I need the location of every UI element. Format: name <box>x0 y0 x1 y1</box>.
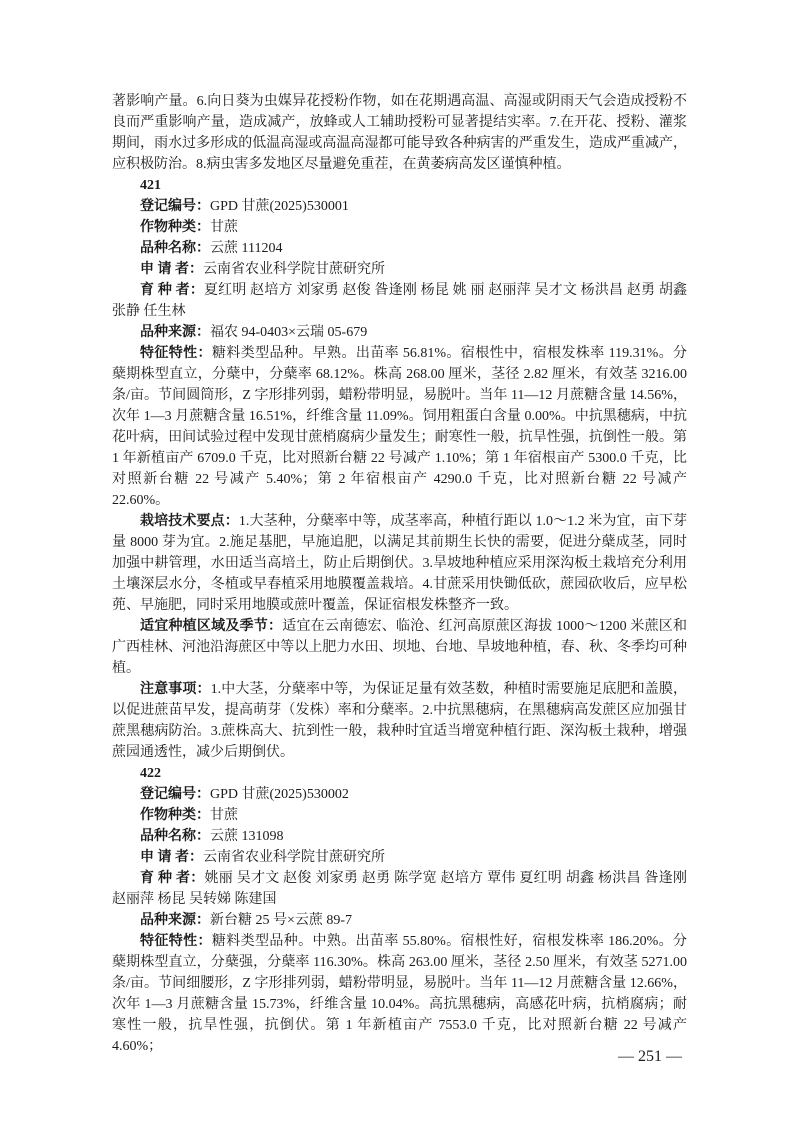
entry-422-field-applicant: 申 请 者：云南省农业科学院甘蔗研究所 <box>112 847 687 868</box>
entry-421-number: 421 <box>112 175 687 196</box>
entry-422-field-registration-id: 登记编号：GPD 甘蔗(2025)530002 <box>112 784 687 805</box>
entry-422-field-variety-name: 品种名称：云蔗 131098 <box>112 826 687 847</box>
entry-422-number: 422 <box>112 763 687 784</box>
field-label: 申 请 者： <box>140 850 203 865</box>
field-value: 云南省农业科学院甘蔗研究所 <box>203 850 385 865</box>
intro-continuation-text: 著影响产量。6.向日葵为虫媒异花授粉作物，如在花期遇高温、高湿或阴雨天气会造成授… <box>112 94 687 172</box>
field-value: 甘蔗 <box>210 220 238 235</box>
entry-421-field-variety-name: 品种名称：云蔗 111204 <box>112 238 687 259</box>
page-content: 著影响产量。6.向日葵为虫媒异花授粉作物，如在花期遇高温、高湿或阴雨天气会造成授… <box>112 91 687 1057</box>
field-value: 甘蔗 <box>210 808 238 823</box>
entry-422-field-variety-source: 品种来源：新台糖 25 号×云蔗 89-7 <box>112 910 687 931</box>
field-value: 新台糖 25 号×云蔗 89-7 <box>210 913 352 928</box>
entry-421-field-registration-id: 登记编号：GPD 甘蔗(2025)530001 <box>112 196 687 217</box>
entry-421-field-applicant: 申 请 者：云南省农业科学院甘蔗研究所 <box>112 259 687 280</box>
page-number: — 251 — <box>618 1047 682 1067</box>
section-label: 栽培技术要点： <box>140 514 239 529</box>
section-label: 特征特性： <box>140 934 212 949</box>
field-label: 登记编号： <box>140 787 210 802</box>
field-label: 登记编号： <box>140 199 210 214</box>
field-label: 育 种 者： <box>140 871 204 886</box>
entry-421-section-cultivation-points: 栽培技术要点：1.大茎种，分蘖率中等，成茎率高，种植行距以 1.0～1.2 米为… <box>112 511 687 616</box>
section-text: 糖料类型品种。早熟。出苗率 56.81%。宿根性中，宿根发株率 119.31%。… <box>112 346 687 508</box>
field-value: GPD 甘蔗(2025)530002 <box>210 787 349 802</box>
entry-421-section-precautions: 注意事项：1.中大茎，分蘖率中等，为保证足量有效茎数，种植时需要施足底肥和盖膜，… <box>112 679 687 763</box>
entry-422-field-crop-type: 作物种类：甘蔗 <box>112 805 687 826</box>
entry-421-section-characteristics: 特征特性：糖料类型品种。早熟。出苗率 56.81%。宿根性中，宿根发株率 119… <box>112 343 687 511</box>
field-label: 申 请 者： <box>140 262 203 277</box>
field-value: 云蔗 131098 <box>210 829 284 844</box>
section-label: 注意事项： <box>140 682 211 697</box>
field-value: 云南省农业科学院甘蔗研究所 <box>203 262 385 277</box>
field-value: 云蔗 111204 <box>210 241 282 256</box>
entry-421-section-suitable-regions: 适宜种植区域及季节：适宜在云南德宏、临沧、红河高原蔗区海拔 1000～1200 … <box>112 616 687 679</box>
field-label: 品种来源： <box>140 913 210 928</box>
field-label: 品种来源： <box>140 325 210 340</box>
field-label: 品种名称： <box>140 241 210 256</box>
field-label: 育 种 者： <box>140 283 204 298</box>
entry-422-section-characteristics: 特征特性：糖料类型品种。中熟。出苗率 55.80%。宿根性好，宿根发株率 186… <box>112 931 687 1057</box>
intro-continuation-paragraph: 著影响产量。6.向日葵为虫媒异花授粉作物，如在花期遇高温、高湿或阴雨天气会造成授… <box>112 91 687 175</box>
field-label: 作物种类： <box>140 220 210 235</box>
field-value: 福农 94-0403×云瑞 05-679 <box>210 325 367 340</box>
field-value: GPD 甘蔗(2025)530001 <box>210 199 349 214</box>
entry-421-field-breeders: 育 种 者：夏红明 赵培方 刘家勇 赵俊 昝逢刚 杨昆 姚 丽 赵丽萍 吴才文 … <box>112 280 687 322</box>
entry-number-text: 421 <box>140 178 161 193</box>
entry-number-text: 422 <box>140 766 161 781</box>
section-label: 特征特性： <box>140 346 212 361</box>
entry-421-field-crop-type: 作物种类：甘蔗 <box>112 217 687 238</box>
field-label: 作物种类： <box>140 808 210 823</box>
entry-422-field-breeders: 育 种 者：姚丽 吴才文 赵俊 刘家勇 赵勇 陈学宽 赵培方 覃伟 夏红明 胡鑫… <box>112 868 687 910</box>
field-label: 品种名称： <box>140 829 210 844</box>
section-text: 糖料类型品种。中熟。出苗率 55.80%。宿根性好，宿根发株率 186.20%。… <box>112 934 687 1054</box>
entry-421-field-variety-source: 品种来源：福农 94-0403×云瑞 05-679 <box>112 322 687 343</box>
section-label: 适宜种植区域及季节： <box>140 619 282 634</box>
